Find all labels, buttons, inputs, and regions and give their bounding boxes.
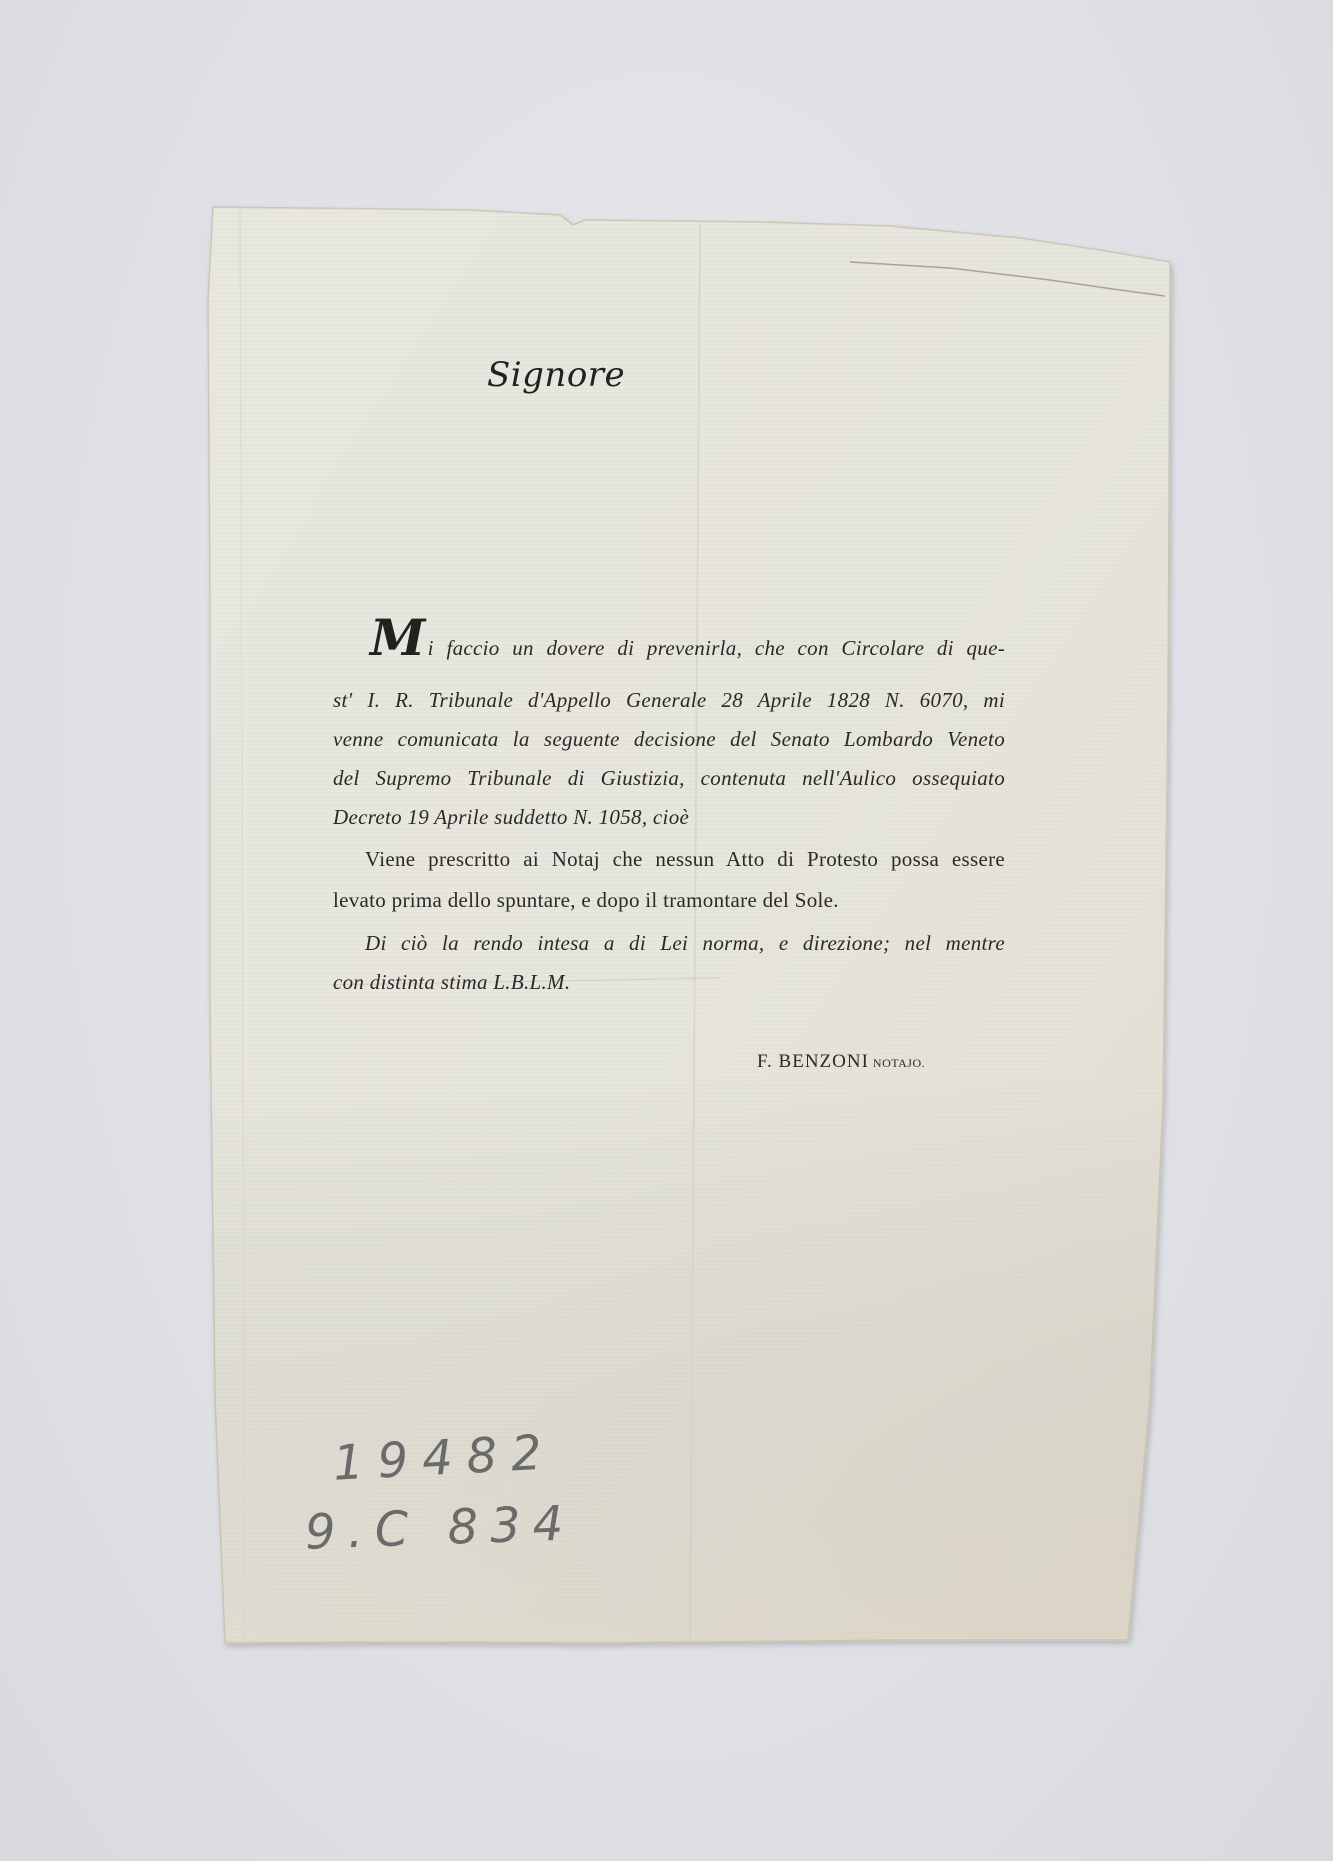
salutation: Signore (487, 355, 625, 395)
body-line-decree: levato prima dello spuntare, e dopo il t… (333, 888, 1005, 913)
signature: F. BENZONINOTAJO. (757, 1051, 925, 1073)
signature-name: F. BENZONI (757, 1051, 869, 1072)
drop-cap: M (370, 608, 426, 667)
signature-title: NOTAJO. (873, 1056, 925, 1070)
body-line: st' I. R. Tribunale d'Appello Generale 2… (333, 688, 1005, 713)
paper-sheet: Signore Mi faccio un dovere di prevenirl… (0, 0, 1333, 1861)
pencil-note-shelfmark: 9.C 834 (304, 1495, 576, 1560)
body-line-closing: con distinta stima L.B.L.M. (333, 970, 1005, 995)
body-line-decree: Viene prescritto ai Notaj che nessun Att… (365, 847, 1005, 872)
body-line: Di ciò la rendo intesa a di Lei norma, e… (365, 931, 1005, 956)
pencil-note-inventory: 19482 (332, 1424, 557, 1492)
body-line: Mi faccio un dovere di prevenirla, che c… (370, 636, 1005, 661)
body-line: Decreto 19 Aprile suddetto N. 1058, cioè (333, 805, 1005, 830)
document-text: Signore Mi faccio un dovere di prevenirl… (0, 0, 1333, 1861)
body-line: del Supremo Tribunale di Giustizia, cont… (333, 766, 1005, 791)
body-line: venne comunicata la seguente decisione d… (333, 727, 1005, 752)
